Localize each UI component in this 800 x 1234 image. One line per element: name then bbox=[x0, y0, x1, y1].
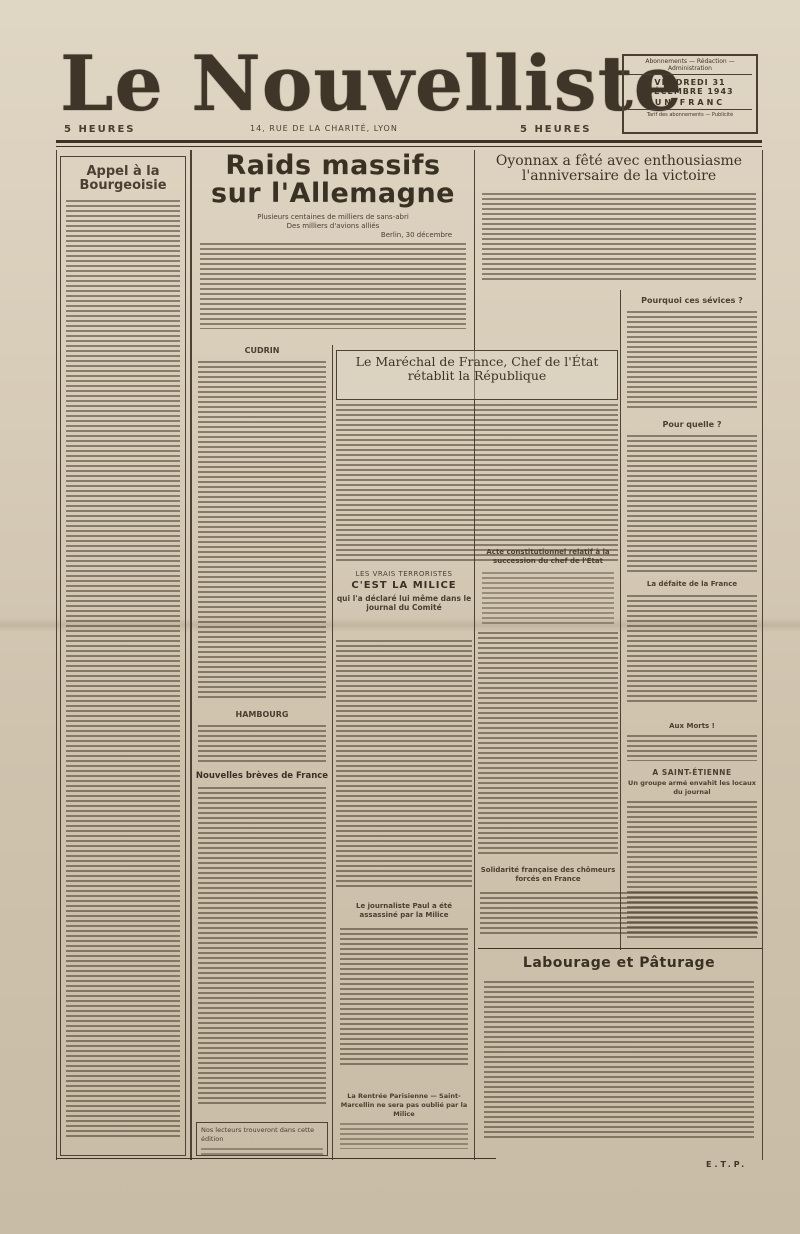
article-aux-morts: Aux Morts ! bbox=[624, 712, 760, 762]
article-headline: Pour quelle ? bbox=[624, 418, 760, 435]
article-marechal: Le Maréchal de France, Chef de l'État ré… bbox=[336, 350, 618, 400]
article-headline: Labourage et Pâturage bbox=[478, 952, 760, 979]
article-headline: La Rentrée Parisienne — Saint-Marcellin … bbox=[336, 1090, 472, 1121]
article-body-text bbox=[482, 193, 756, 283]
article-pour-quelle: Pour quelle ? bbox=[624, 418, 760, 573]
article-dateline: Berlin, 30 décembre bbox=[194, 231, 472, 240]
article-journaliste: Le journaliste Paul a été assassiné par … bbox=[336, 898, 472, 1088]
article-body-text bbox=[627, 735, 757, 761]
article-headline: Nos lecteurs trouveront dans cette éditi… bbox=[197, 1123, 327, 1147]
article-body-text bbox=[480, 892, 758, 936]
masthead-title: Le Nouvelliste bbox=[60, 44, 620, 124]
article-subhead: Un groupe armé envahit les locaux du jou… bbox=[624, 779, 760, 797]
article-headline: Aux Morts ! bbox=[624, 712, 760, 735]
edition-ear-left: 5 HEURES bbox=[64, 124, 136, 135]
article-subhead: Des milliers d'avions alliés bbox=[194, 222, 472, 231]
article-headline: CUDRIN bbox=[194, 342, 330, 359]
edition-ear-right: 5 HEURES bbox=[520, 124, 592, 135]
article-subhead: Plusieurs centaines de milliers de sans-… bbox=[194, 213, 472, 222]
article-headline: Oyonnax a fêté avec enthousiasme l'anniv… bbox=[478, 150, 760, 189]
date-day: VENDREDI 31 bbox=[628, 78, 752, 87]
article-marechal-body bbox=[336, 404, 618, 564]
article-milice: LES VRAIS TERRORISTES C'EST LA MILICE qu… bbox=[336, 570, 472, 634]
article-body-text bbox=[66, 200, 180, 1140]
article-appel-bourgeoisie: Appel à la Bourgeoisie bbox=[60, 156, 186, 1156]
article-body-text bbox=[340, 928, 468, 1068]
article-headline: Appel à la Bourgeoisie bbox=[61, 157, 185, 198]
column-rule bbox=[332, 345, 333, 1160]
column-rule bbox=[474, 150, 475, 1160]
article-labourage: Labourage et Pâturage bbox=[478, 952, 760, 1148]
column-rule bbox=[190, 150, 192, 1160]
masthead-rule-thin bbox=[56, 146, 762, 147]
article-oyonnax: Oyonnax a fêté avec enthousiasme l'anniv… bbox=[478, 150, 760, 290]
price: UN FRANC bbox=[628, 98, 752, 110]
date-box-top-line: Abonnements — Rédaction — Administration bbox=[628, 58, 752, 75]
article-headline: HAMBOURG bbox=[194, 706, 330, 723]
article-body-text bbox=[198, 361, 326, 701]
date-month: DÉCEMBRE 1943 bbox=[628, 87, 752, 96]
article-kicker: LES VRAIS TERRORISTES bbox=[336, 570, 472, 579]
article-subhead: qui l'a déclaré lui même dans le journal… bbox=[336, 594, 472, 612]
article-acte-constitutionnel: Acte constitutionnel relatif à la succes… bbox=[478, 546, 618, 626]
page-mark: E.T.P. bbox=[706, 1160, 747, 1169]
article-body-text bbox=[627, 311, 757, 411]
article-body-text bbox=[340, 1123, 468, 1149]
section-rule bbox=[478, 948, 762, 949]
article-headline: La défaite de la France bbox=[624, 578, 760, 595]
article-solidarite: Solidarité française des chômeurs forcés… bbox=[478, 862, 760, 944]
column-rule bbox=[762, 150, 763, 1160]
masthead-rule bbox=[56, 140, 762, 143]
article-body-text bbox=[201, 1148, 323, 1156]
page-bottom-rule bbox=[56, 1158, 496, 1159]
date-box-small-print: Tarif des abonnements — Publicité bbox=[628, 112, 752, 119]
date-box: Abonnements — Rédaction — Administration… bbox=[622, 54, 758, 134]
article-body-text bbox=[627, 595, 757, 705]
article-defaite: La défaite de la France bbox=[624, 578, 760, 708]
article-headline: Le Maréchal de France, Chef de l'État ré… bbox=[337, 351, 617, 387]
article-headline: C'EST LA MILICE bbox=[336, 579, 472, 594]
article-body-text bbox=[484, 981, 754, 1141]
article-column-4-body bbox=[478, 632, 618, 856]
article-headline: Nouvelles brèves de France bbox=[194, 770, 330, 785]
article-headline: Le journaliste Paul a été assassiné par … bbox=[336, 898, 472, 924]
article-headline: Acte constitutionnel relatif à la succes… bbox=[478, 546, 618, 568]
column-rule bbox=[620, 290, 621, 950]
article-body-text bbox=[198, 725, 326, 765]
article-body-text bbox=[198, 787, 326, 1107]
article-headline: Raids massifs sur l'Allemagne bbox=[194, 150, 472, 213]
article-headline: Pourquoi ces sévices ? bbox=[624, 292, 760, 311]
article-headline: A SAINT-ÉTIENNE bbox=[624, 766, 760, 779]
column-rule bbox=[56, 150, 57, 1160]
article-headline: Solidarité française des chômeurs forcés… bbox=[478, 862, 618, 888]
article-cudrin: CUDRIN bbox=[194, 342, 330, 702]
article-body-text bbox=[482, 572, 614, 626]
article-body-text bbox=[200, 243, 466, 329]
masthead-address: 14, RUE DE LA CHARITÉ, LYON bbox=[250, 124, 398, 133]
article-hambourg: HAMBOURG bbox=[194, 706, 330, 766]
article-pourquoi: Pourquoi ces sévices ? bbox=[624, 292, 760, 412]
article-notice-box: Nos lecteurs trouveront dans cette éditi… bbox=[196, 1122, 328, 1156]
article-nouvelles-france: Nouvelles brèves de France bbox=[194, 770, 330, 1110]
article-raids-massifs: Raids massifs sur l'Allemagne Plusieurs … bbox=[194, 150, 472, 340]
article-saint-marcellin: La Rentrée Parisienne — Saint-Marcellin … bbox=[336, 1090, 472, 1160]
article-column-3-body bbox=[336, 640, 472, 890]
article-body-text bbox=[627, 435, 757, 573]
